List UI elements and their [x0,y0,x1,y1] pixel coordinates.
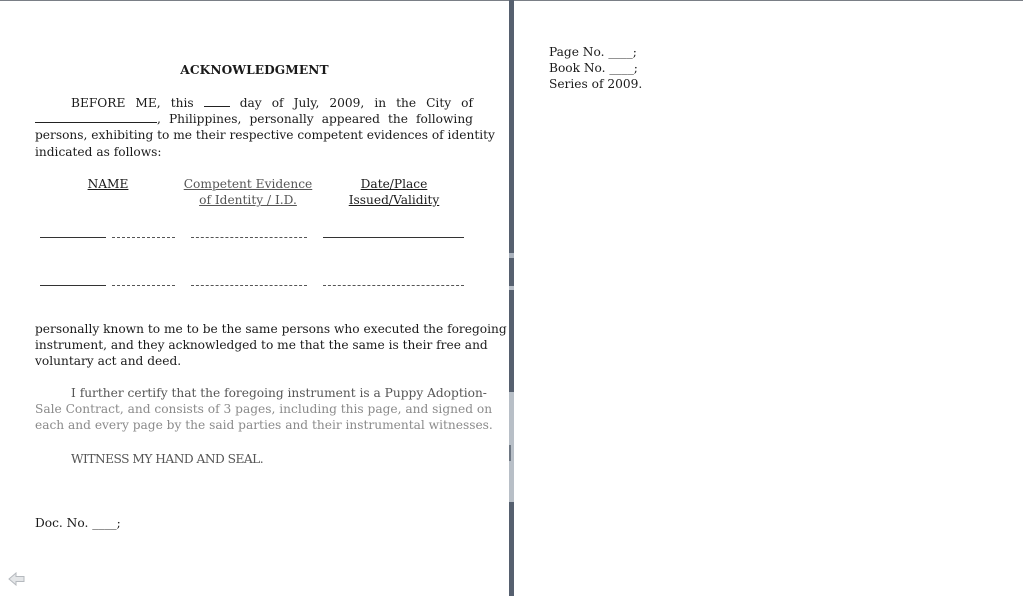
document-page-left: ACKNOWLEDGMENT BEFORE ME, this day of Ju… [0,1,509,596]
header-text: of Identity / I.D. [199,193,297,207]
certify-line-3: each and every page by the said parties … [35,417,473,433]
column-header-name: NAME [68,176,148,192]
blank-line-name-2b [112,285,175,287]
city-blank [35,111,157,123]
certify-line-1: I further certify that the foregoing ins… [35,385,473,401]
doc-number: Doc. No. ____; [35,515,121,531]
document-title: ACKNOWLEDGMENT [0,62,509,78]
book-number: Book No. ____; [549,60,638,76]
column-header-evidence: Competent Evidence of Identity / I.D. [178,176,318,208]
witness-line: WITNESS MY HAND AND SEAL. [71,451,263,467]
day-blank [204,95,230,107]
page-number: Page No. ____; [549,44,637,60]
column-header-date-place: Date/Place Issued/Validity [331,176,457,208]
intro-paragraph: BEFORE ME, this day of July, 2009, in th… [35,95,473,160]
divider-segment [509,445,511,461]
header-text: Issued/Validity [349,193,440,207]
intro-line-3: persons, exhibiting to me their respecti… [35,127,473,143]
series-year: Series of 2009. [549,76,642,92]
certify-paragraph: I further certify that the foregoing ins… [35,385,473,434]
blank-line-name-1b [112,237,175,239]
intro-text: , Philippines, personally appeared the f… [157,112,473,126]
identity-line-2: instrument, and they acknowledged to me … [35,337,473,353]
blank-line-date-2 [323,285,464,287]
intro-text: BEFORE ME, this [71,96,194,110]
back-arrow-icon[interactable] [8,572,26,586]
blank-line-name-2 [40,285,106,286]
header-text: Date/Place [361,177,428,191]
header-text: Competent Evidence [184,177,313,191]
blank-line-evidence-1 [191,237,307,239]
identity-paragraph: personally known to me to be the same pe… [35,321,473,370]
blank-line-date-1 [323,237,464,238]
intro-line-4: indicated as follows: [35,144,473,160]
identity-line-1: personally known to me to be the same pe… [35,321,473,337]
intro-text: day of July, 2009, in the City of [240,96,473,110]
header-text: NAME [88,177,129,191]
blank-line-name-1 [40,237,106,238]
intro-line-1: BEFORE ME, this day of July, 2009, in th… [35,95,473,111]
identity-line-3: voluntary act and deed. [35,353,473,369]
certify-line-2: Sale Contract, and consists of 3 pages, … [35,401,473,417]
blank-line-evidence-2 [191,285,307,287]
intro-line-2: , Philippines, personally appeared the f… [35,111,473,127]
